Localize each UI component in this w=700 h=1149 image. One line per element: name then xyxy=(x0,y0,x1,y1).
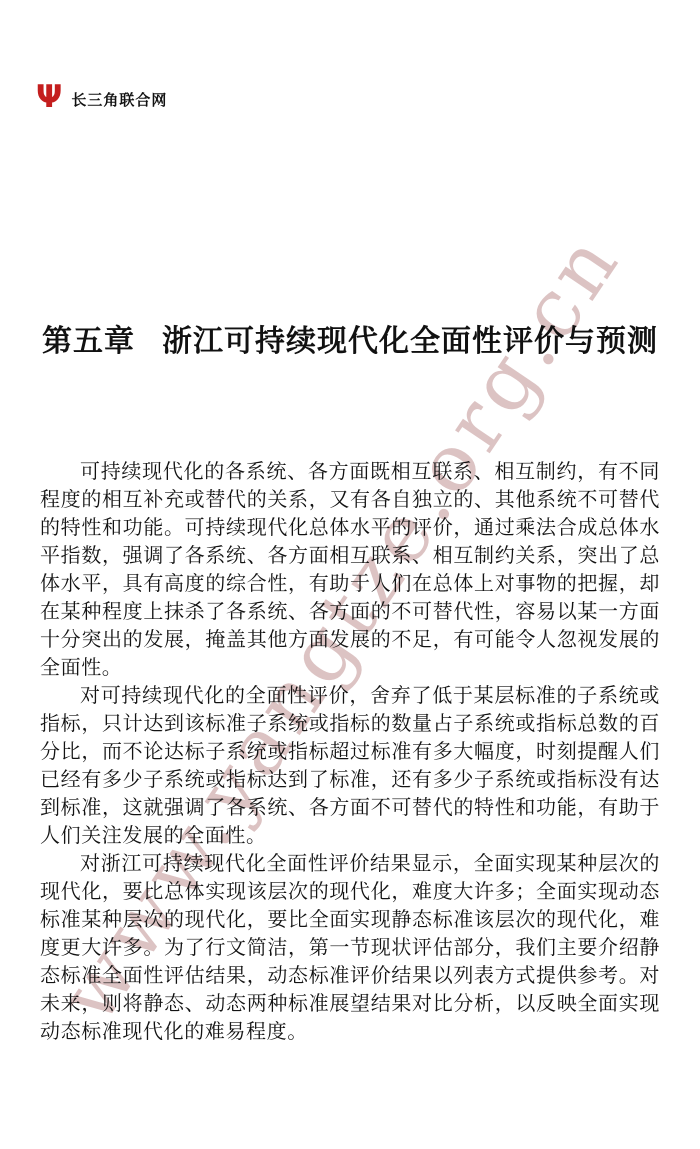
site-name: 长三角联合网 xyxy=(71,86,167,110)
paragraph: 对可持续现代化的全面性评价，舍弃了低于某层标准的子系统或指标，只计达到该标准子系… xyxy=(40,682,660,850)
chapter-title: 第五章浙江可持续现代化全面性评价与预测 xyxy=(0,316,700,360)
logo-emblem-icon: Ψ xyxy=(36,82,62,113)
scanned-book-page: www.yangtze.org.cn Ψ 长三角联合网 第五章浙江可持续现代化全… xyxy=(0,0,700,1149)
paragraph: 对浙江可持续现代化全面性评价结果显示，全面实现某种层次的现代化，要比总体实现该层… xyxy=(40,850,660,1046)
chapter-label: 第五章 xyxy=(42,325,135,358)
body-text: 可持续现代化的各系统、各方面既相互联系、相互制约，有不同程度的相互补充或替代的关… xyxy=(40,458,660,1046)
chapter-name: 浙江可持续现代化全面性评价与预测 xyxy=(162,325,658,358)
paragraph: 可持续现代化的各系统、各方面既相互联系、相互制约，有不同程度的相互补充或替代的关… xyxy=(40,458,660,682)
site-logo: Ψ 长三角联合网 xyxy=(36,82,167,113)
